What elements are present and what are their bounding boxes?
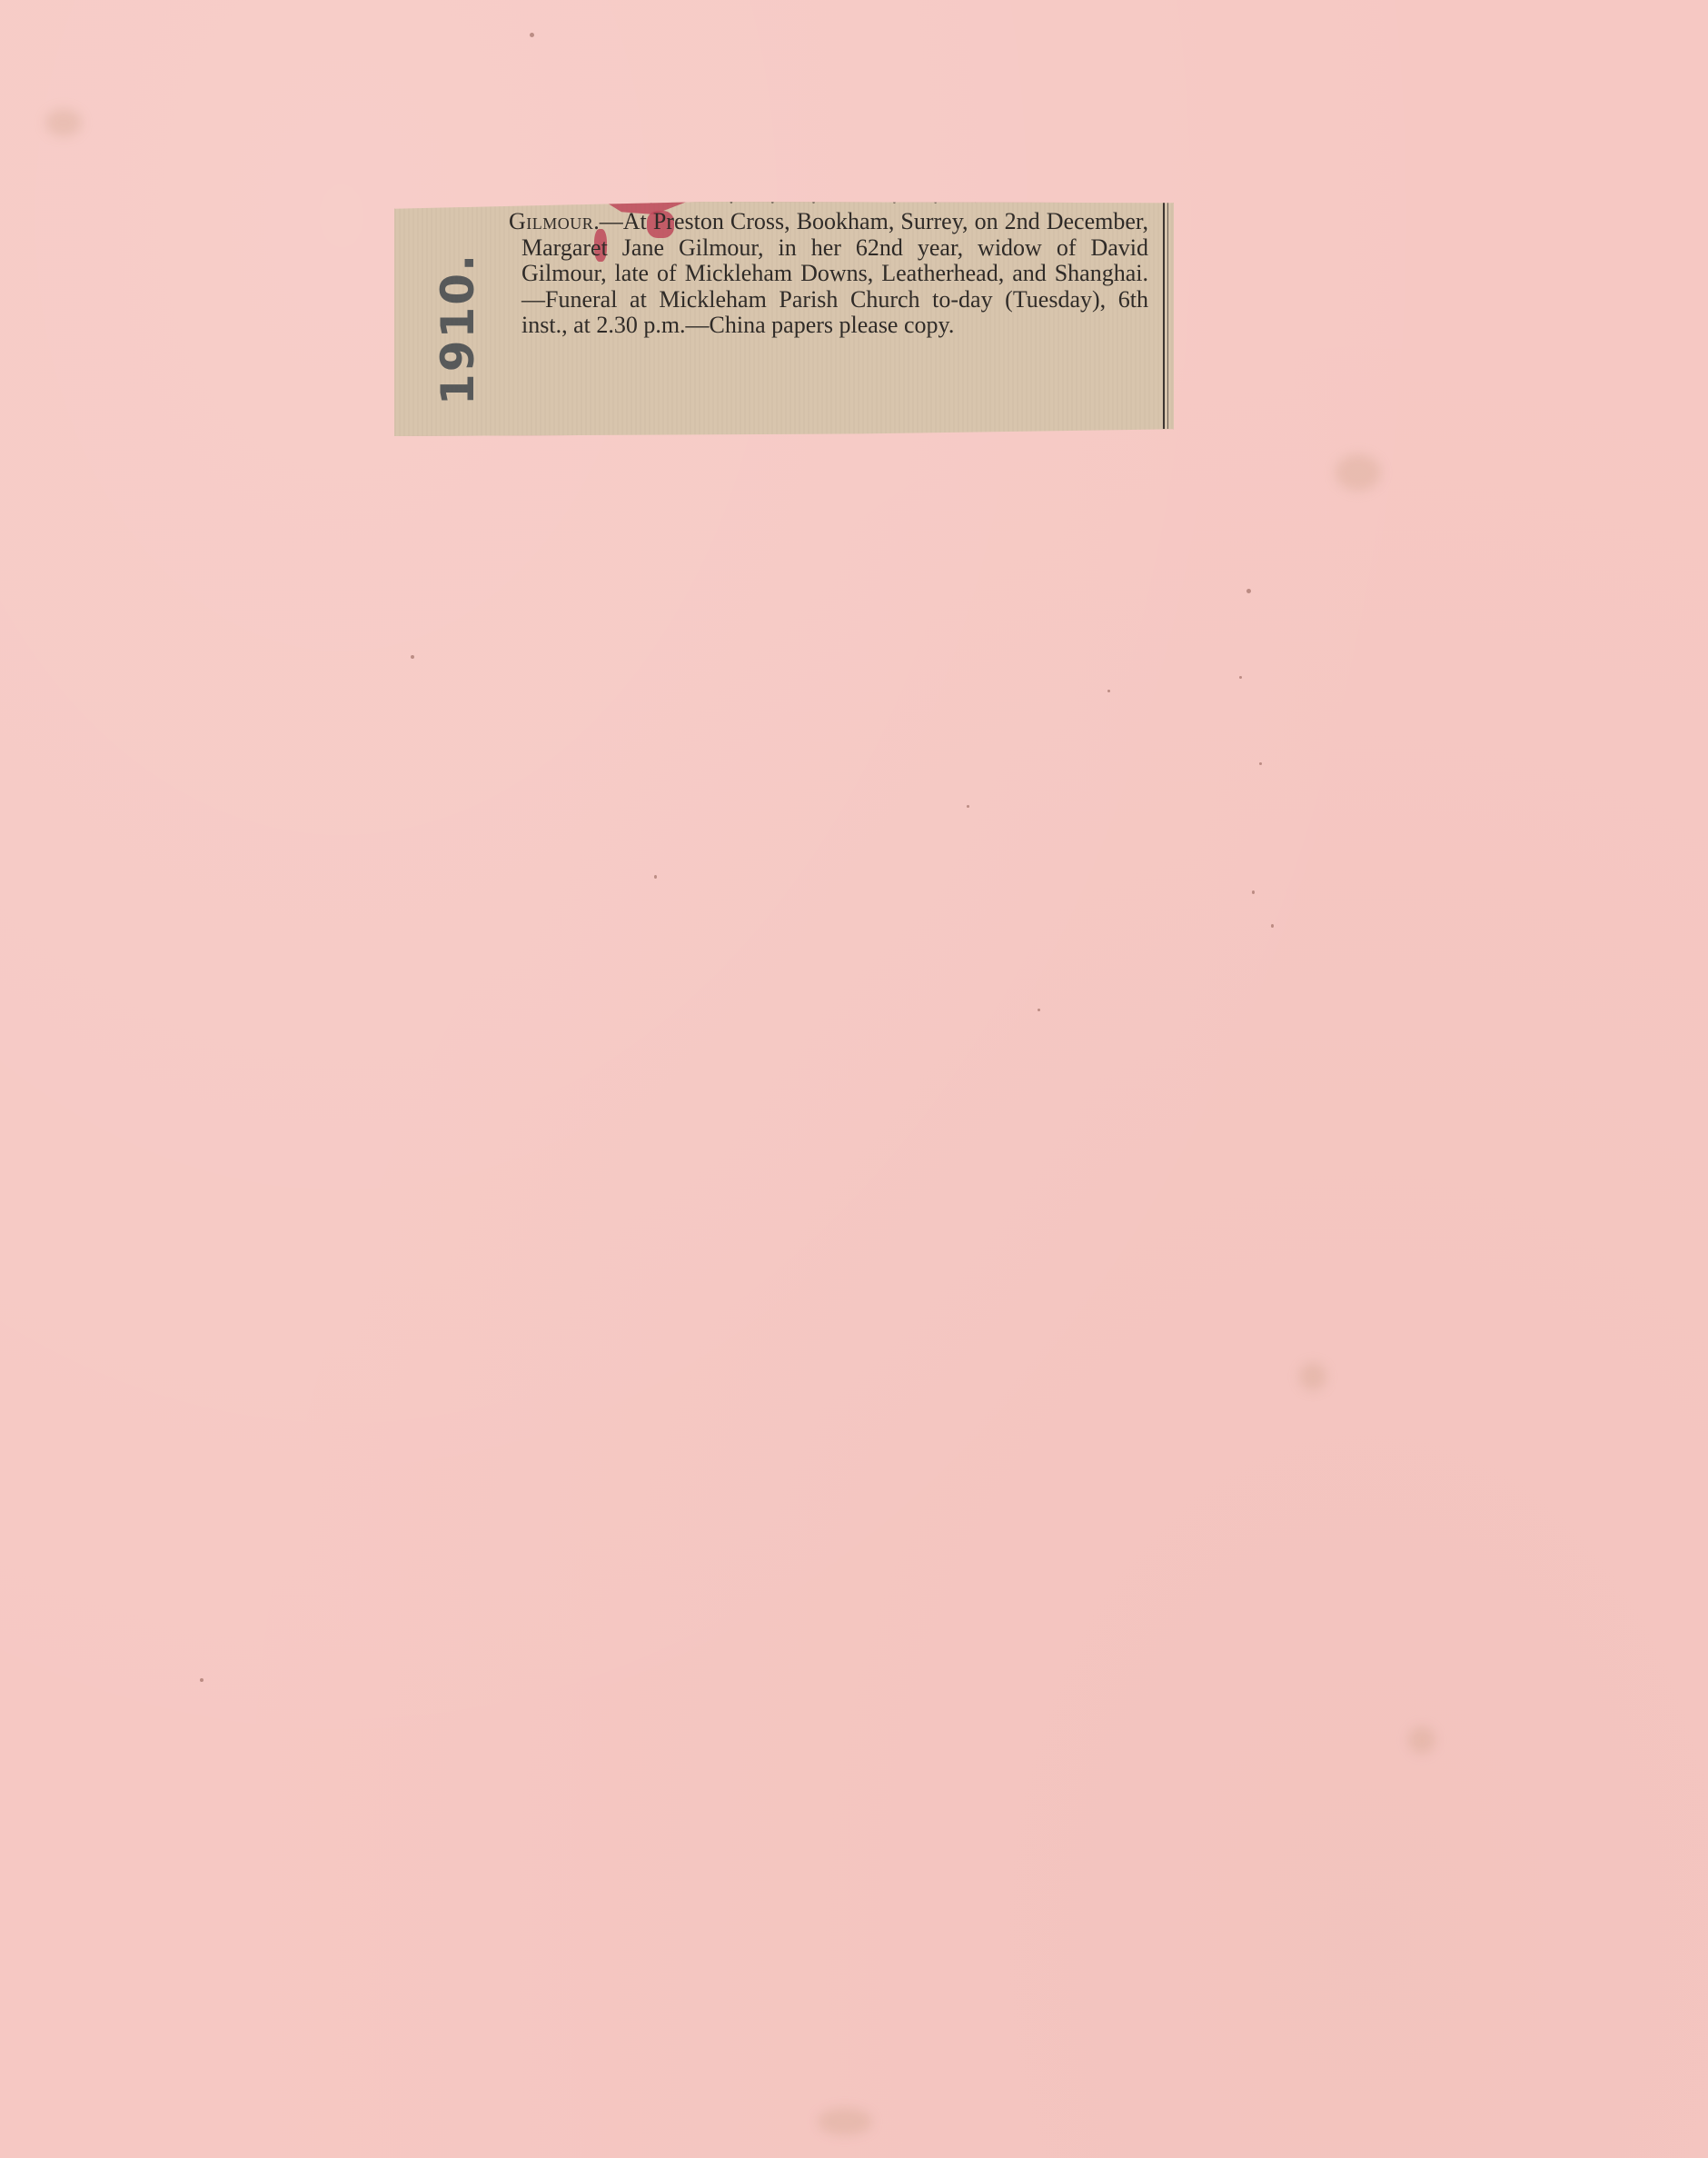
death-notice: Gilmour.—At Preston Cross, Bookham, Surr… — [509, 209, 1148, 339]
newspaper-clipping: ɔɔɪɪ ··· ··· ··· 1910. Gilmour.—At Prest… — [394, 202, 1174, 436]
speck — [1259, 762, 1262, 765]
album-page: ɔɔɪɪ ··· ··· ··· 1910. Gilmour.—At Prest… — [0, 0, 1708, 2158]
notice-body: .—At Preston Cross, Bookham, Surrey, on … — [521, 208, 1148, 338]
foxing-stain — [45, 109, 82, 136]
speck — [1038, 1009, 1040, 1011]
speck — [530, 33, 534, 37]
speck — [1239, 676, 1242, 679]
speck — [1252, 890, 1255, 894]
speck — [1246, 589, 1251, 593]
notice-surname: Gilmour — [509, 208, 593, 234]
foxing-stain — [1299, 1363, 1326, 1390]
speck — [1107, 690, 1110, 692]
speck — [967, 805, 969, 808]
foxing-stain — [1336, 454, 1381, 491]
speck — [411, 655, 414, 659]
cut-text-fragment-bottom: · · A S · · · C · · · — [521, 434, 1157, 445]
speck — [200, 1678, 204, 1682]
foxing-stain — [1408, 1726, 1435, 1754]
column-rule — [1163, 202, 1168, 429]
cut-text-fragment-top: ɔɔɪɪ ··· ··· ··· — [521, 191, 976, 204]
speck — [1271, 924, 1274, 928]
speck — [654, 875, 657, 879]
foxing-stain — [818, 2108, 872, 2135]
handwritten-year-annotation: 1910. — [431, 265, 485, 393]
